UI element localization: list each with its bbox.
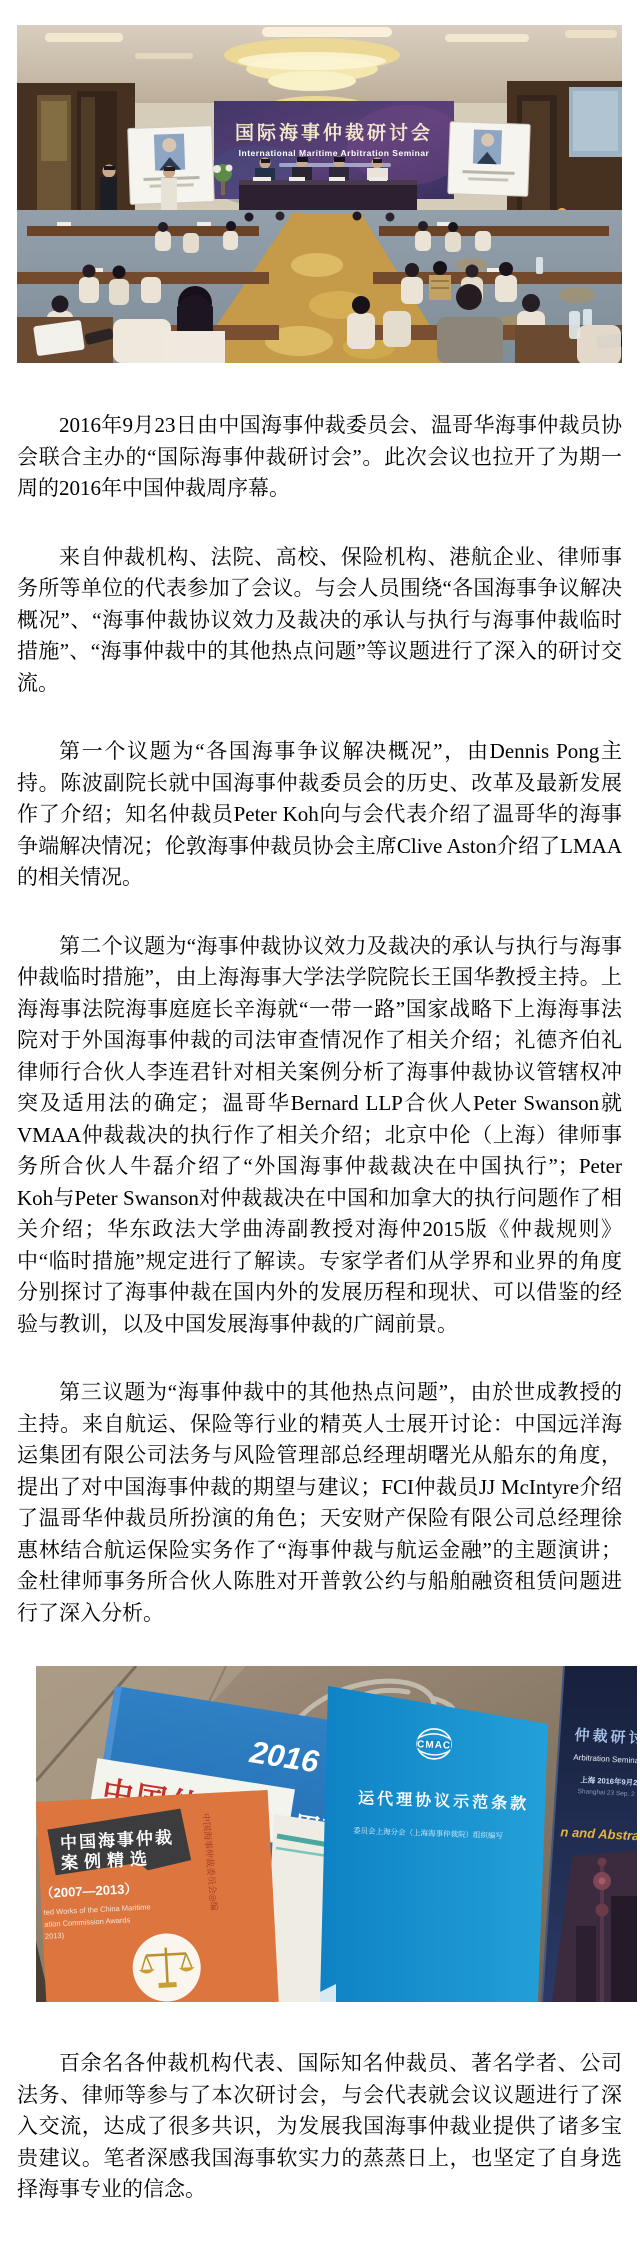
publications-photo: 仲裁研讨会 Arbitration Semina 上海 2016年9月23 Sh…: [36, 1666, 637, 2002]
paragraph-intro: 2016年9月23日由中国海事仲裁委员会、温哥华海事仲裁员协会联合主办的“国际海…: [17, 410, 622, 505]
paragraph-conclusion: 百余名各仲裁机构代表、国际知名仲裁员、著名学者、公司法务、律师等参与了本次研讨会…: [17, 2048, 622, 2206]
paragraph-topic-2: 第二个议题为“海事仲裁协议效力及裁决的承认与执行与海事仲裁临时措施”，由上海海事…: [17, 931, 622, 1341]
cmac-logo-text: CMAC: [417, 1739, 451, 1751]
banner-title: 国际海事仲裁研讨会: [235, 121, 433, 144]
paragraph-topic-3: 第三议题为“海事仲裁中的其他热点问题”，由於世成教授的主持。来自航运、保险等行业…: [17, 1377, 622, 1629]
casebook-en-line3: 2013): [45, 1931, 65, 1941]
right-screen: [448, 122, 530, 197]
cmac-folder: CMAC 运代理协议示范条款 委员会上海分会（上海海事仲裁院）组织编写: [320, 1686, 548, 2002]
banner-subtitle: International Maritime Arbitration Semin…: [239, 148, 430, 158]
article-body: 2016年9月23日由中国海事仲裁委员会、温哥华海事仲裁员协会联合主办的“国际海…: [0, 410, 640, 2253]
article-page: 国际海事仲裁研讨会 International Maritime Arbitra…: [0, 25, 640, 2253]
head-table: [239, 177, 417, 210]
paragraph-participants: 来自仲裁机构、法院、高校、保险机构、港航企业、律师事务所等单位的代表参加了会议。…: [17, 542, 622, 700]
conference-photo: 国际海事仲裁研讨会 International Maritime Arbitra…: [17, 25, 622, 363]
publications-photo-graphic: 仲裁研讨会 Arbitration Semina 上海 2016年9月23 Sh…: [36, 1666, 637, 2002]
casebook-orange: 中国海事仲裁 案例精选 （2007—2013） ted Works of the…: [36, 1790, 279, 2002]
paragraph-topic-1: 第一个议题为“各国海事争议解决概况”，由Dennis Pong主持。陈波副院长就…: [17, 736, 622, 894]
conference-photo-graphic: 国际海事仲裁研讨会 International Maritime Arbitra…: [17, 25, 622, 363]
